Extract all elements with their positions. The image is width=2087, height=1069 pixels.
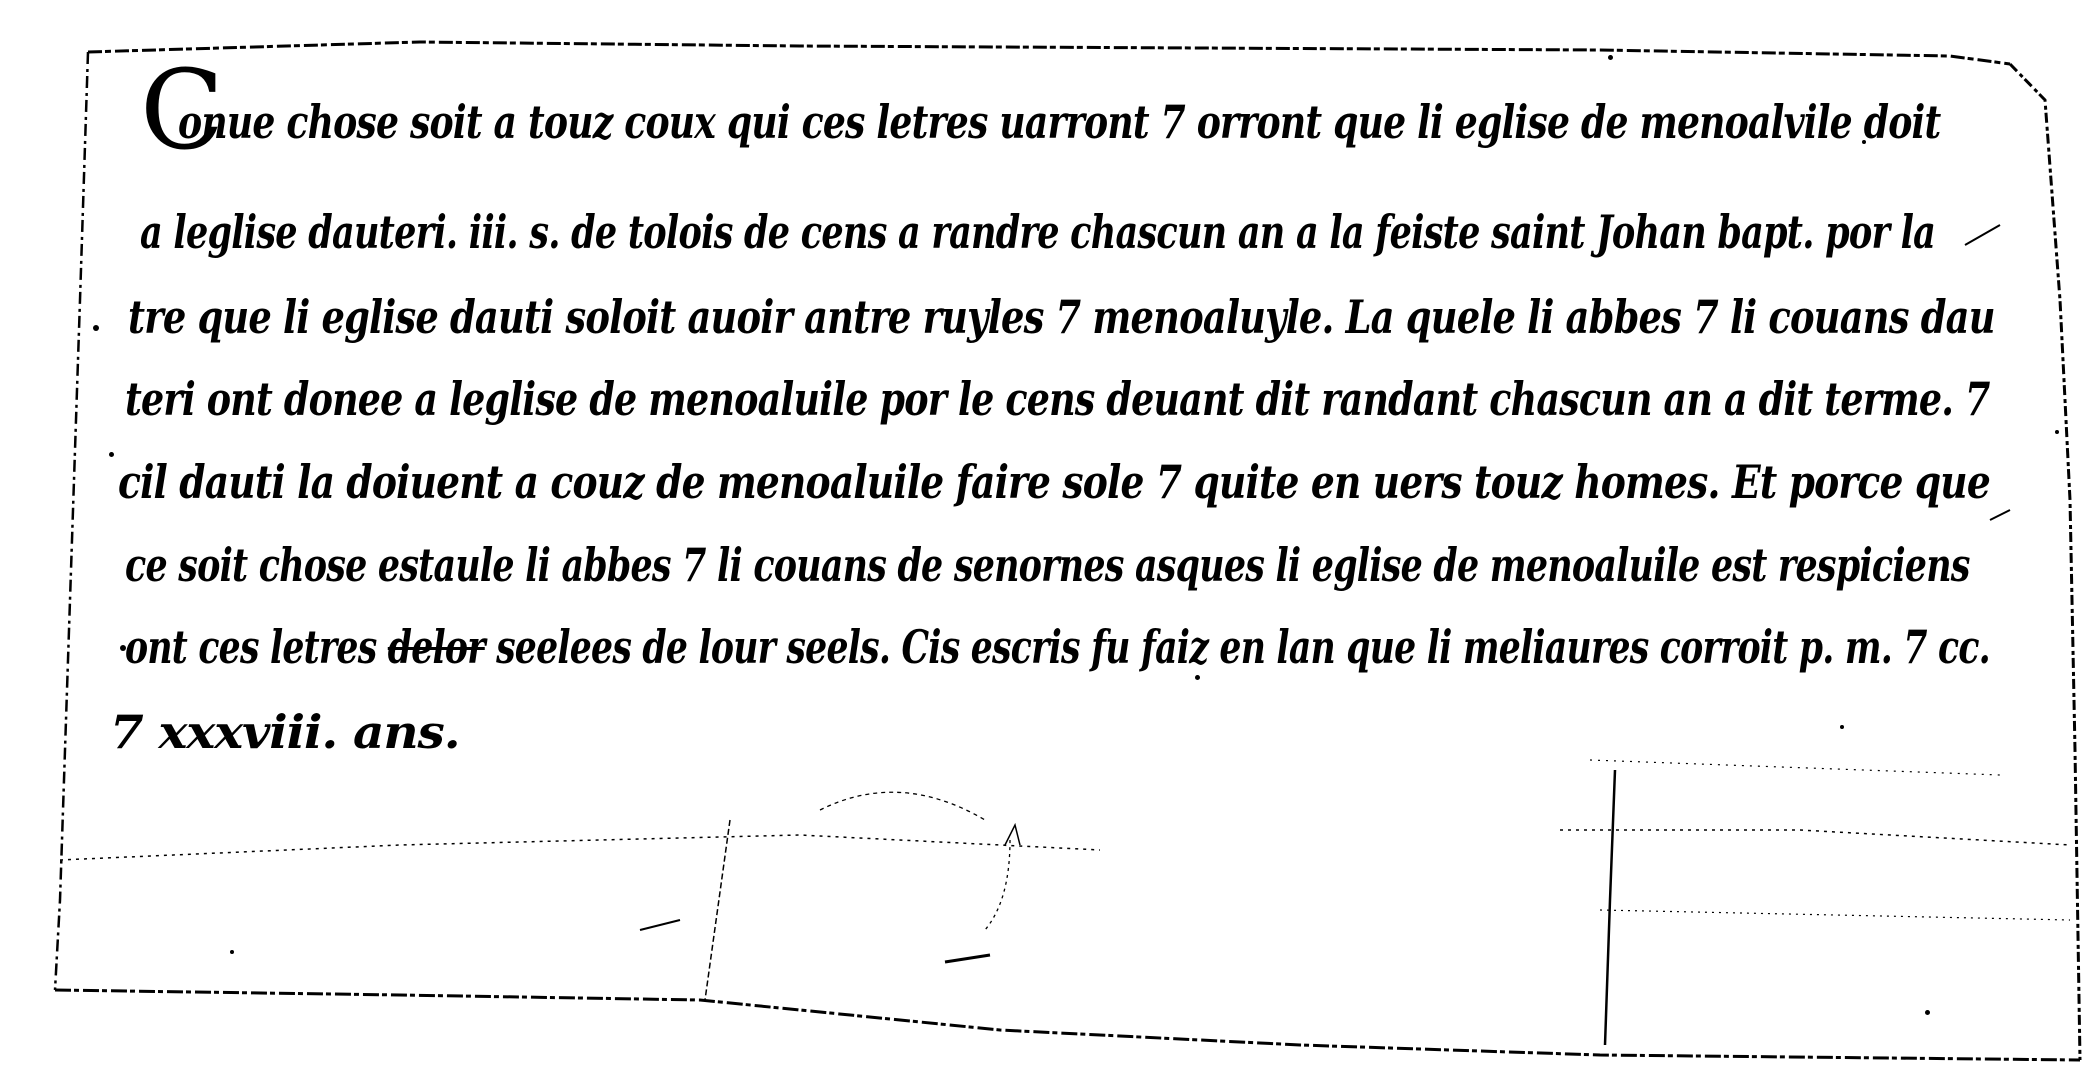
ink-speck xyxy=(1862,140,1866,144)
ink-speck xyxy=(1925,1010,1930,1015)
charter-line-1: onue chose soit a touz coux qui ces letr… xyxy=(178,95,1553,149)
ink-speck xyxy=(1608,55,1613,60)
charter-line-8: 7 xxxviii. ans. xyxy=(110,705,460,759)
ink-speck xyxy=(109,452,114,457)
charter-line-3: tre que li eglise dauti soloit auoir ant… xyxy=(128,290,1995,344)
charter-line-2: a leglise dauteri. iii. s. de tolois de … xyxy=(140,205,1935,259)
charter-line-6: ce soit chose estaule li abbes 7 li coua… xyxy=(125,538,1970,592)
ink-speck xyxy=(230,950,234,954)
ink-speck xyxy=(2055,430,2059,434)
ink-speck xyxy=(1840,725,1844,729)
ink-speck xyxy=(120,645,126,651)
charter-text: C onue chose soit a touz coux qui ces le… xyxy=(0,0,2087,1069)
ink-speck xyxy=(93,325,99,331)
charter-line-4: teri ont donee a leglise de menoaluile p… xyxy=(125,372,1990,426)
line-7-end: seelees de lour seels. Cis escris fu fai… xyxy=(485,620,1990,674)
charter-line-7: ont ces letres delor seelees de lour see… xyxy=(125,620,1990,674)
charter-line-5: cil dauti la doiuent a couz de menoaluil… xyxy=(118,455,1990,509)
line-7-start: ont ces letres xyxy=(125,620,388,674)
document-page: C onue chose soit a touz coux qui ces le… xyxy=(0,0,2087,1069)
struck-through-word: delor xyxy=(388,620,485,674)
ink-speck xyxy=(1195,675,1200,680)
